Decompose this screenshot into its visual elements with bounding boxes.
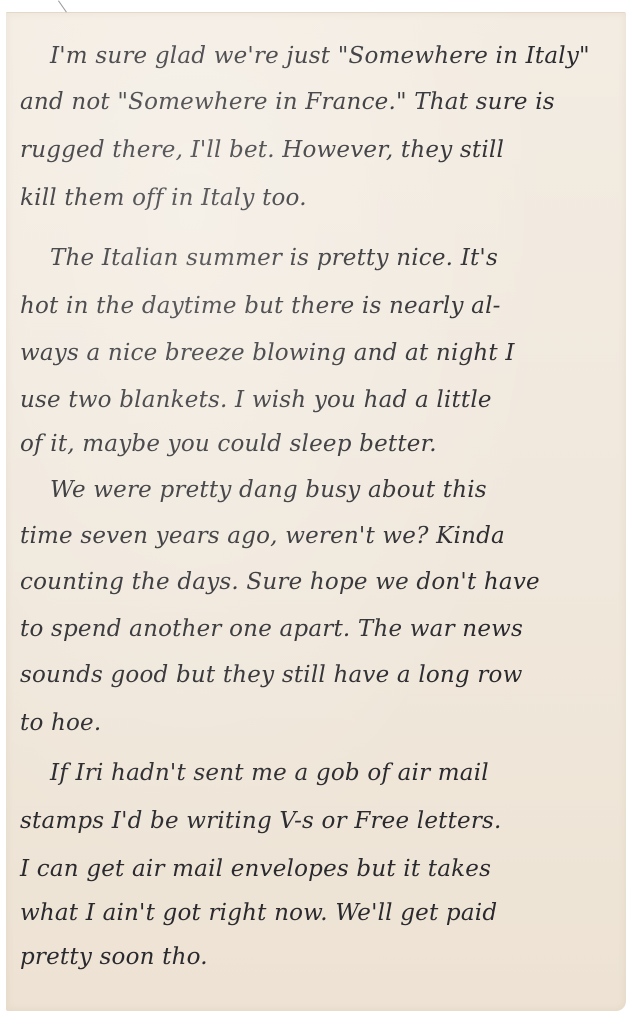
stray-pen-mark bbox=[58, 0, 82, 12]
letter-line: stamps I'd be writing V-s or Free letter… bbox=[20, 808, 502, 834]
letter-line: what I ain't got right now. We'll get pa… bbox=[20, 900, 497, 926]
letter-line: counting the days. Sure hope we don't ha… bbox=[20, 569, 540, 595]
letter-line: We were pretty dang busy about this bbox=[50, 477, 487, 503]
letter-line: The Italian summer is pretty nice. It's bbox=[50, 245, 498, 271]
letter-line: ways a nice breeze blowing and at night … bbox=[20, 340, 515, 366]
letter-line: If Iri hadn't sent me a gob of air mail bbox=[50, 760, 489, 786]
letter-line: rugged there, I'll bet. However, they st… bbox=[20, 137, 504, 163]
letter-line: sounds good but they still have a long r… bbox=[20, 662, 523, 688]
letter-line: I'm sure glad we're just "Somewhere in I… bbox=[50, 43, 590, 69]
letter-line: I can get air mail envelopes but it take… bbox=[20, 856, 491, 882]
letter-line: to hoe. bbox=[20, 710, 101, 736]
letter-page: I'm sure glad we're just "Somewhere in I… bbox=[6, 12, 626, 1011]
letter-line: and not "Somewhere in France." That sure… bbox=[20, 89, 555, 115]
letter-line: of it, maybe you could sleep better. bbox=[20, 431, 437, 457]
letter-line: time seven years ago, weren't we? Kinda bbox=[20, 523, 505, 549]
letter-line: hot in the daytime but there is nearly a… bbox=[20, 293, 501, 319]
letter-line: kill them off in Italy too. bbox=[20, 185, 307, 211]
letter-line: pretty soon tho. bbox=[20, 944, 208, 970]
letter-line: use two blankets. I wish you had a littl… bbox=[20, 387, 492, 413]
letter-line: to spend another one apart. The war news bbox=[20, 616, 523, 642]
